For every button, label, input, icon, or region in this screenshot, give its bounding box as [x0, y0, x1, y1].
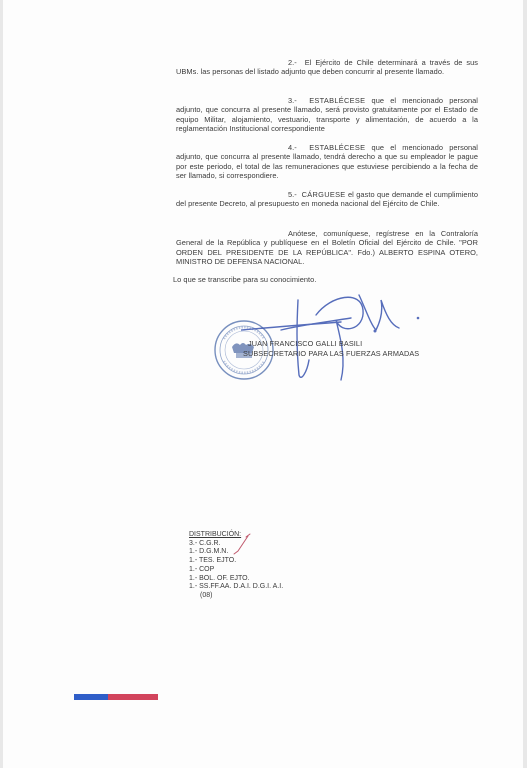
paragraph-2: 2.- El Ejército de Chile determinará a t… — [176, 58, 478, 77]
document-page: 2.- El Ejército de Chile determinará a t… — [3, 0, 523, 768]
paragraph-keyword: ESTABLÉCESE — [309, 143, 365, 152]
closing-paragraph: Anótese, comuníquese, regístrese en la C… — [176, 229, 478, 266]
signatory-title: SUBSECRETARIO PARA LAS FUERZAS ARMADAS — [243, 349, 419, 358]
paragraph-number: 3.- — [288, 96, 297, 105]
signatory-name: JUAN FRANCISCO GALLI BASILI — [248, 339, 362, 348]
paragraph-3: 3.- ESTABLÉCESE que el mencionado person… — [176, 96, 478, 133]
distribution-item: 1.- TES. EJTO. — [189, 557, 283, 566]
distribution-item: 1.- BOL. OF. EJTO. — [189, 575, 283, 584]
paragraph-5: 5.- CÁRGUESE el gasto que demande el cum… — [176, 190, 478, 209]
paragraph-4: 4.- ESTABLÉCESE que el mencionado person… — [176, 143, 478, 180]
flag-blue-segment — [74, 694, 108, 700]
paragraph-number: 4.- — [288, 143, 297, 152]
paragraph-keyword: ESTABLÉCESE — [309, 96, 365, 105]
flag-red-segment — [108, 694, 158, 700]
distribution-item: 1.- COP — [189, 566, 283, 575]
distribution-page-count: (08) — [189, 592, 283, 601]
paragraph-text: El Ejército de Chile determinará a travé… — [176, 58, 478, 76]
paragraph-keyword: CÁRGUESE — [302, 190, 346, 199]
paragraph-text: Anótese, comuníquese, regístrese en la C… — [176, 229, 478, 266]
transcription-note: Lo que se transcribe para su conocimient… — [173, 275, 475, 284]
flag-color-bar — [74, 694, 158, 700]
paragraph-number: 5.- — [288, 190, 297, 199]
paragraph-number: 2.- — [288, 58, 297, 67]
check-mark-icon — [228, 531, 258, 557]
distribution-item: 1.- SS.FF.AA. D.A.I. D.G.I. A.I. — [189, 583, 283, 592]
